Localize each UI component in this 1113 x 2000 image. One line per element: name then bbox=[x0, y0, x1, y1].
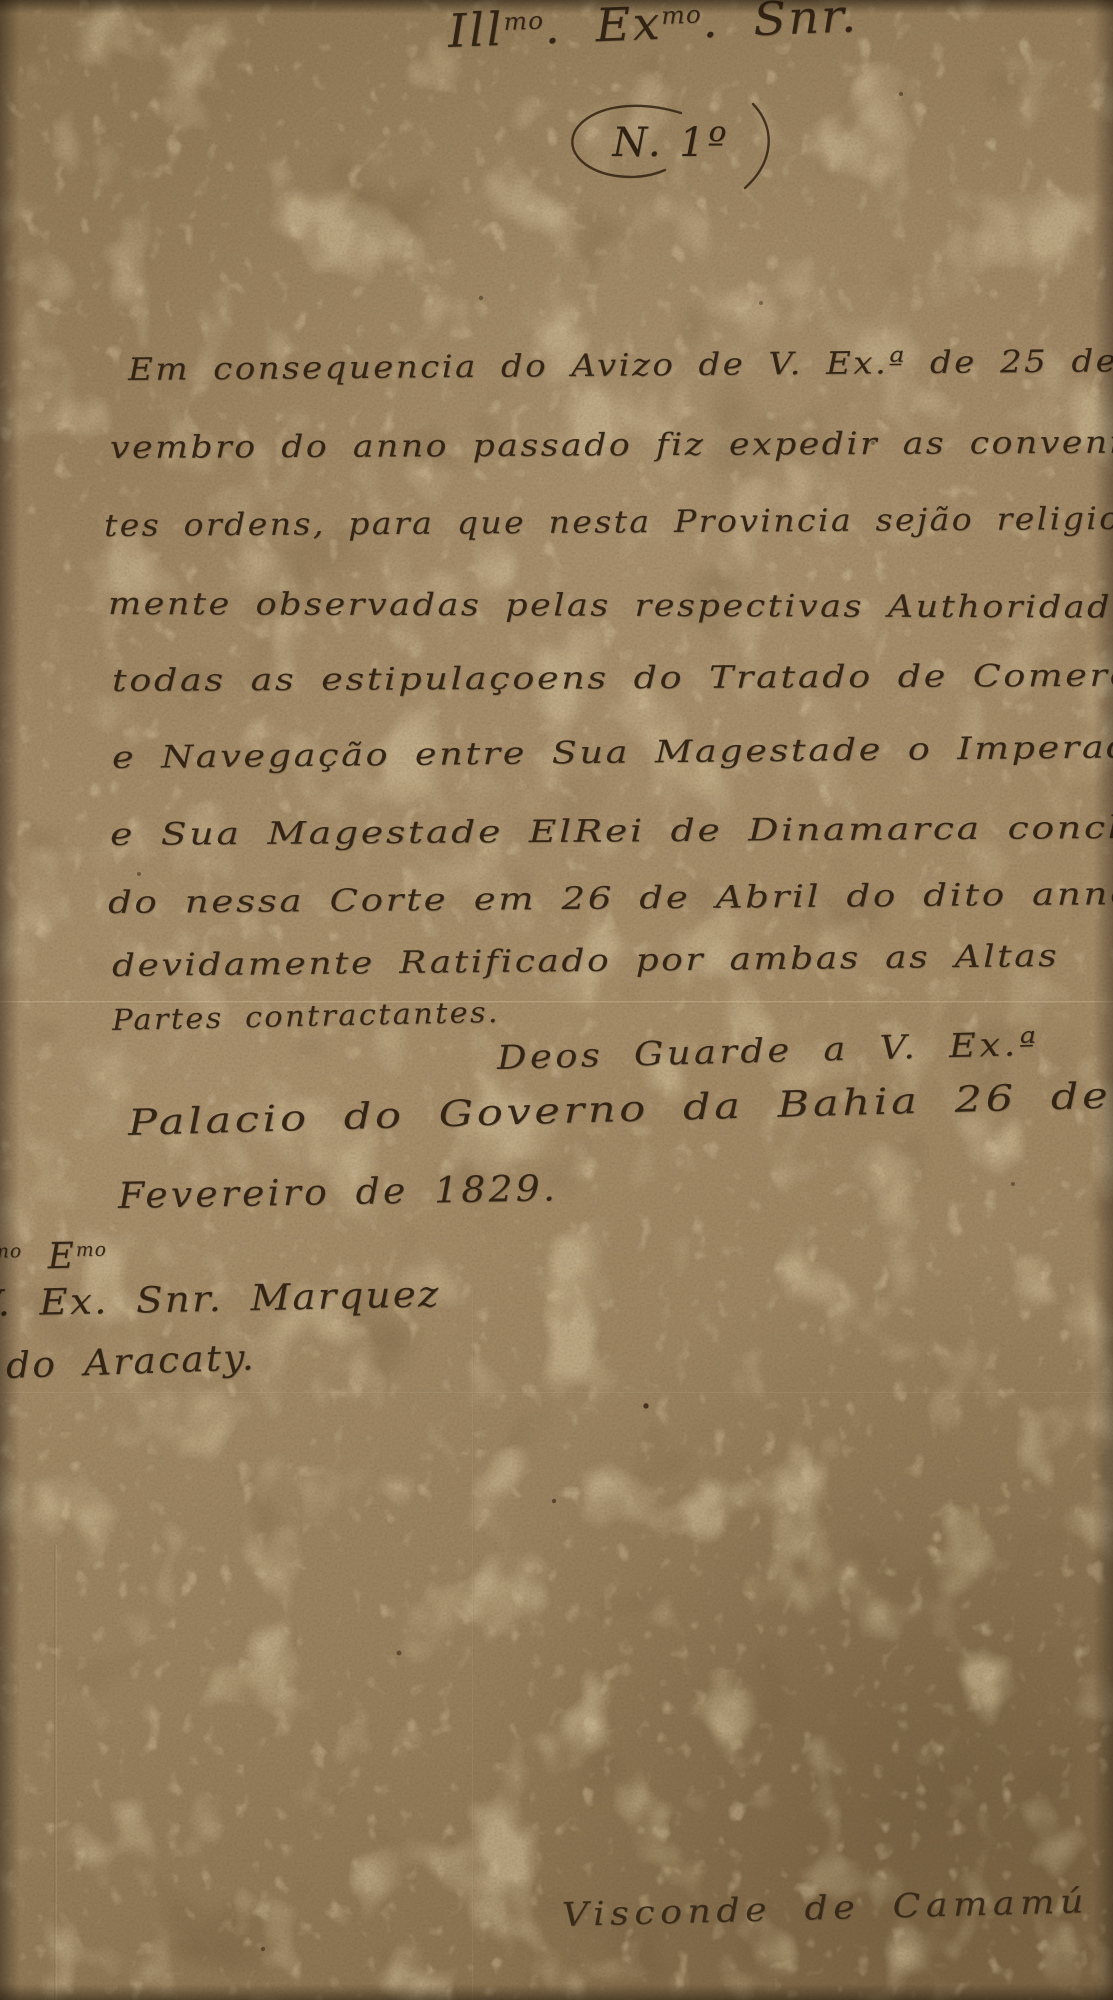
document-number-block: N. 1º bbox=[545, 100, 797, 194]
salutation-superscript: mo bbox=[661, 0, 703, 30]
salutation-word: Ex bbox=[594, 0, 662, 52]
address-superscript: mo bbox=[0, 1241, 22, 1263]
address-word: E bbox=[47, 1236, 76, 1277]
body-line: mente observadas pelas respectivas Autho… bbox=[108, 586, 1113, 626]
salutation-dot: . bbox=[543, 0, 562, 54]
fold-crease-vertical bbox=[472, 1290, 474, 2000]
document-number: N. 1º bbox=[545, 120, 797, 166]
body-line: e Sua Magestade ElRei de Dinamarca concl… bbox=[110, 810, 1113, 853]
body-line: tes ordens, para que nesta Provincia sej… bbox=[104, 501, 1113, 544]
address-line: Illmo Emo bbox=[0, 1235, 107, 1279]
salutation-word: Ill bbox=[447, 2, 505, 58]
body-line: todas as estipulaçoens do Tratado de Com… bbox=[112, 657, 1113, 699]
ink-specks bbox=[0, 0, 2, 2]
salutation-word: Snr. bbox=[752, 0, 859, 46]
fold-crease-horizontal bbox=[0, 1392, 1113, 1394]
place-date-line: Fevereiro de 1829. bbox=[118, 1168, 559, 1217]
salutation-superscript: mo bbox=[503, 6, 545, 36]
address-superscript: mo bbox=[76, 1240, 107, 1262]
address-line: do Aracaty. bbox=[5, 1337, 256, 1387]
salutation-dot: . bbox=[701, 0, 720, 48]
fold-crease-vertical bbox=[54, 1545, 57, 2000]
body-line: vembro do anno passado fiz expedir as co… bbox=[110, 424, 1113, 466]
manuscript-page: Illmo. Exmo. Snr. N. 1º Em consequencia … bbox=[0, 0, 1113, 2000]
paper-texture bbox=[0, 0, 1113, 2000]
